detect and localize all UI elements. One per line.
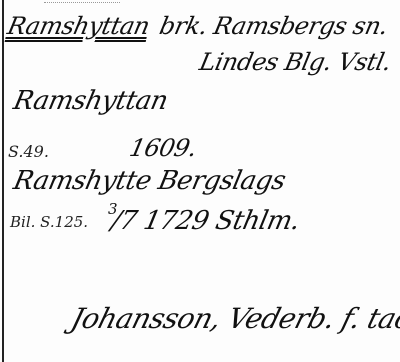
card-left-border <box>2 0 4 362</box>
entry-1-page-ref: S.49. <box>8 142 49 161</box>
card-top-perforation <box>44 2 120 4</box>
archival-index-card: Ramshyttan brk. Ramsbergs sn. Lindes Blg… <box>0 0 400 362</box>
heading-description: brk. Ramsbergs sn. <box>157 12 390 40</box>
entry-1-year: 1609. <box>127 134 199 162</box>
entry-2-page-ref: Bil. S.125. <box>10 213 88 231</box>
signature: Johansson, Vederb. f. tacky. <box>68 302 400 335</box>
heading-place-name: Ramshyttan <box>5 12 152 40</box>
heading-location: Lindes Blg. Vstl. <box>197 48 394 76</box>
entry-2-name: Ramshytte Bergslags <box>11 166 288 196</box>
entry-1-name: Ramshyttan <box>11 86 171 116</box>
entry-2-date: /7 1729 Sthlm. <box>109 206 303 236</box>
